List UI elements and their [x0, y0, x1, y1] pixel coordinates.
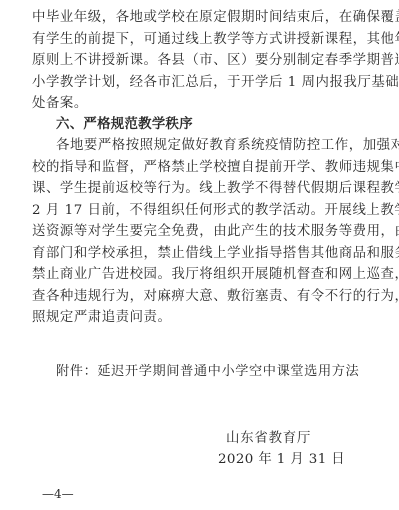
paragraph-line: 有学生的前提下，可通过线上教学等方式讲授新课程，其他年级 — [32, 32, 358, 48]
page-number: —4— — [42, 487, 74, 501]
paragraph-line: 查各种违规行为，对麻痹大意、敷衍塞责、有令不行的行为，依 — [32, 289, 358, 305]
attachment-line: 附件：延迟开学期间普通中小学空中课堂选用方法 — [56, 364, 359, 380]
paragraph-line: 原则上不讲授新课。各县（市、区）要分别制定春季学期普通中 — [32, 53, 358, 69]
issuer-signature: 山东省教育厅 — [226, 427, 311, 446]
paragraph-line: 处备案。 — [32, 96, 358, 112]
paragraph-line: 课、学生提前返校等行为。线上教学不得替代假期后课程教学， — [32, 181, 358, 197]
paragraph-line: 送资源等对学生要完全免费，由此产生的技术服务等费用，由教 — [32, 224, 358, 240]
paragraph-line: 中毕业年级，各地或学校在原定假期时间结束后，在确保覆盖所 — [32, 10, 358, 26]
paragraph-line: 各地要严格按照规定做好教育系统疫情防控工作，加强对学 — [56, 138, 358, 154]
paragraph-line: 小学教学计划，经各市汇总后，于开学后 1 周内报我厅基础教育 — [32, 75, 358, 91]
paragraph-line: 2 月 17 日前，不得组织任何形式的教学活动。开展线上教学、推 — [32, 203, 358, 219]
paragraph-line: 校的指导和监督，严格禁止学校擅自提前开学、教师违规集中补 — [32, 160, 358, 176]
paragraph-line: 育部门和学校承担，禁止借线上学业指导搭售其他商品和服务， — [32, 246, 358, 262]
paragraph-line: 禁止商业广告进校园。我厅将组织开展随机督查和网上巡查，严 — [32, 267, 358, 283]
paragraph-line: 照规定严肃追责问责。 — [32, 310, 358, 326]
issue-date: 2020 年 1 月 31 日 — [218, 448, 345, 467]
section-heading: 六、严格规范教学秩序 — [56, 117, 358, 133]
